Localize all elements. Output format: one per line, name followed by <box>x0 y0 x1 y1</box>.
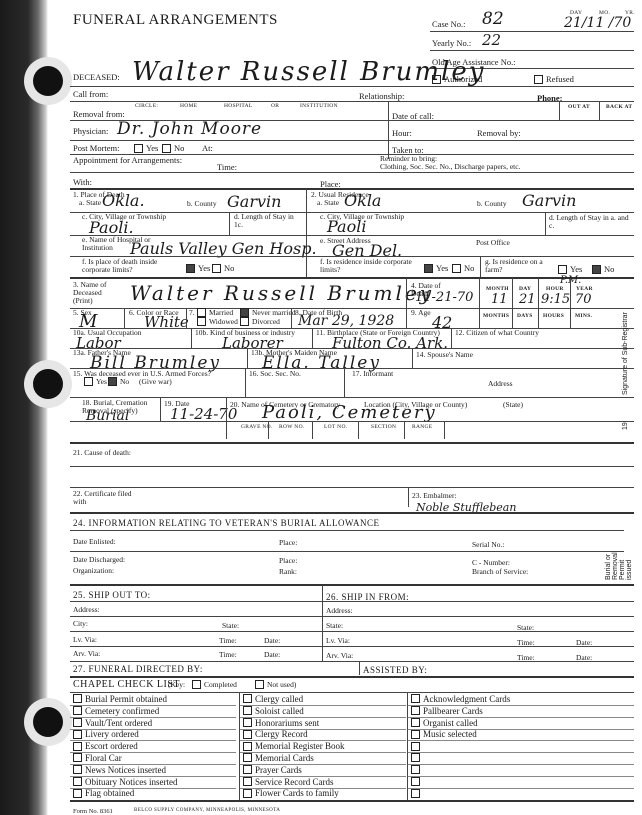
no-label: No <box>174 143 184 153</box>
checkbox-icon <box>411 718 420 727</box>
physician-line <box>70 140 634 141</box>
ship-out-lv-time-label: Time: <box>219 637 237 645</box>
cell-divider <box>480 256 481 277</box>
deceased-line <box>70 86 634 87</box>
cell-divider <box>191 328 192 348</box>
death-state-value[interactable]: Okla. <box>102 191 145 210</box>
case-no-label: Case No.: <box>432 19 466 29</box>
yes-label: Yes <box>436 263 448 273</box>
or-label: OR <box>271 103 279 109</box>
checkbox-checked-icon <box>240 308 249 317</box>
days-col-label: DAYS <box>517 313 533 319</box>
checklist-item[interactable]: Soloist called <box>243 706 304 716</box>
divorced-label: Divorced <box>252 317 280 326</box>
appointment-label: Appointment for Arrangements: <box>73 155 182 165</box>
checkbox-icon <box>411 706 420 715</box>
ship-out-arv-via-label: Arv. Via: <box>73 650 100 658</box>
checklist-item[interactable]: Pallbearer Cards <box>411 706 483 716</box>
checklist-item[interactable]: Honorariums sent <box>243 718 319 728</box>
punch-hole <box>33 369 63 399</box>
cell-divider <box>245 368 246 397</box>
checkbox-icon <box>73 789 82 798</box>
call-from-label: Call from: <box>73 89 108 99</box>
section-divider <box>70 584 634 586</box>
mins-col-label: MINS. <box>575 313 592 319</box>
checkbox-icon <box>243 694 252 703</box>
checkbox-icon <box>73 694 82 703</box>
hour-value[interactable]: 9:15 <box>541 292 570 307</box>
funeral-form: FUNERAL ARRANGEMENTS Case No.: 82 DAY MO… <box>62 0 634 815</box>
cell-divider <box>226 397 227 439</box>
year-prefix: 19 <box>622 422 629 430</box>
hour-label: Hour: <box>392 128 412 138</box>
yes-label: Yes <box>198 263 210 273</box>
cell-divider <box>291 308 292 328</box>
checkbox-icon <box>243 753 252 762</box>
checkbox-icon <box>134 144 143 153</box>
ship-out-lv-date-label: Date: <box>264 637 280 645</box>
year-value[interactable]: 70 <box>575 292 592 307</box>
checklist-item[interactable] <box>411 788 423 798</box>
post-mortem-label: Post Mortem: <box>73 143 120 153</box>
checklist-item[interactable]: Escort ordered <box>73 741 138 751</box>
citizen-label: 12. Citizen of what Country <box>455 329 539 337</box>
checkbox-icon <box>411 694 420 703</box>
checkbox-icon <box>243 765 252 774</box>
veteran-section-title: 24. INFORMATION RELATING TO VETERAN'S BU… <box>73 518 380 528</box>
checklist-item-label: Escort ordered <box>85 741 138 751</box>
informant-label: 17. Informant <box>352 370 393 378</box>
checklist-divider <box>407 692 408 801</box>
checklist-divider <box>239 692 240 801</box>
checkbox-icon <box>411 753 420 762</box>
checklist-item[interactable]: Vault/Tent ordered <box>73 718 152 728</box>
checkbox-icon <box>411 730 420 739</box>
row-line <box>70 661 634 662</box>
cell-divider <box>344 368 345 397</box>
no-label: No <box>604 264 614 274</box>
key-completed: Completed <box>192 681 237 690</box>
header-divider <box>388 101 389 159</box>
post-mortem-no[interactable]: No <box>162 143 184 154</box>
death-county-value[interactable]: Garvin <box>227 192 281 211</box>
post-mortem-yes[interactable]: Yes <box>134 143 158 154</box>
give-war-label: (Give war) <box>139 378 172 386</box>
removal-from-label: Removal from: <box>73 109 125 119</box>
cell-divider <box>247 348 248 368</box>
checklist-item-label: Memorial Register Book <box>255 741 345 751</box>
checklist-item-label: Prayer Cards <box>255 765 302 775</box>
row-line <box>70 348 634 349</box>
armed-yes[interactable]: Yes <box>84 378 107 387</box>
with-label: With: <box>73 177 92 187</box>
ship-in-address-label: Address: <box>326 607 353 615</box>
ship-in-arv-via-label: Arv. Via: <box>326 652 353 660</box>
out-at-divider <box>559 101 560 120</box>
removal-by-label: Removal by: <box>477 128 521 138</box>
row-line <box>408 776 634 777</box>
checkbox-icon <box>432 75 441 84</box>
residence-limits-no[interactable]: No <box>452 263 474 274</box>
sub-registrar-signature-label: Signature of Sub-Registrar <box>622 312 629 395</box>
relationship-label: Relationship: <box>359 91 404 101</box>
cell-divider <box>479 278 480 328</box>
cell-divider <box>312 328 313 348</box>
death-length-label: d. Length of Stay in 1c. <box>234 213 304 229</box>
spouse-label: 14. Spouse's Name <box>416 351 473 359</box>
row-line <box>408 752 634 753</box>
checklist-item[interactable]: Livery ordered <box>73 729 139 739</box>
death-residence-divider <box>306 189 307 277</box>
permit-issued-label: Burial or Removal Permit issued <box>605 540 633 580</box>
ampm-value[interactable]: P.M. <box>560 275 581 286</box>
checkbox-icon <box>243 718 252 727</box>
yearly-line <box>430 50 634 51</box>
cell-divider <box>538 278 539 328</box>
not-used-label: Not used) <box>267 680 296 689</box>
post-office-label: Post Office <box>476 239 510 247</box>
row-line <box>408 764 634 765</box>
checklist-item-label: Service Record Cards <box>255 777 333 787</box>
yearly-no-value[interactable]: 22 <box>482 31 501 49</box>
yearly-no-label: Yearly No.: <box>432 38 471 48</box>
married-label: Married <box>209 308 233 317</box>
divorced-option[interactable]: Divorced <box>240 318 280 327</box>
checkbox-checked-icon <box>424 264 433 273</box>
checklist-item-label: Vault/Tent ordered <box>85 718 152 728</box>
farm-label: g. Is residence on a farm? <box>485 258 550 274</box>
form-number: Form No. 8361 <box>73 808 113 815</box>
discharged-place-label: Place: <box>279 557 297 565</box>
checklist-item-label: Honorariums sent <box>255 718 319 728</box>
refused-label: Refused <box>546 74 574 84</box>
section-divider <box>70 512 634 514</box>
row-line <box>70 692 634 693</box>
cell-divider <box>186 308 187 328</box>
checkbox-checked-icon <box>108 377 117 386</box>
checklist-item-label: Floral Car <box>85 753 122 763</box>
death-state-label: a. State <box>79 199 101 207</box>
widowed-label: Widowed <box>209 317 238 326</box>
case-line <box>430 31 634 32</box>
residence-county-label: b. County <box>477 200 507 208</box>
checkbox-icon <box>411 777 420 786</box>
location-label: Location (City, Village or County) <box>364 401 467 409</box>
cell-divider <box>229 212 230 235</box>
checklist-item[interactable]: Clergy called <box>243 694 303 704</box>
rank-label: Rank: <box>279 568 297 576</box>
checkbox-checked-icon <box>592 265 601 274</box>
checkbox-icon <box>73 730 82 739</box>
checklist-item[interactable]: Organist called <box>411 718 478 728</box>
checklist-item-label: Clergy Record <box>255 729 308 739</box>
enlisted-place-label: Place: <box>279 539 297 547</box>
refused-checkbox[interactable]: Refused <box>534 74 574 85</box>
death-county-label: b. County <box>187 200 217 208</box>
physician-value[interactable]: Dr. John Moore <box>117 119 262 139</box>
checkbox-icon <box>73 706 82 715</box>
row-line <box>70 601 634 602</box>
binding-strip <box>0 0 48 815</box>
row-line <box>70 530 624 531</box>
checkbox-icon <box>73 718 82 727</box>
day-value[interactable]: 21 <box>519 292 536 307</box>
checkmark-box-icon <box>192 680 201 689</box>
yes-label: Yes <box>146 143 158 153</box>
widowed-option[interactable]: Widowed <box>197 318 238 327</box>
yes-label: Yes <box>96 377 107 386</box>
checkbox-icon <box>411 742 420 751</box>
checklist-item-label: Burial Permit obtained <box>85 694 167 704</box>
section-divider <box>70 800 634 802</box>
checklist-item[interactable]: Burial Permit obtained <box>73 694 167 704</box>
row-line <box>70 466 634 467</box>
checkbox-icon <box>243 730 252 739</box>
checklist-item[interactable]: Music selected <box>411 729 477 739</box>
armed-no[interactable]: No <box>108 378 129 387</box>
cell-divider <box>404 421 405 439</box>
row-line <box>408 740 634 741</box>
form-title: FUNERAL ARRANGEMENTS <box>73 12 278 29</box>
row-line <box>70 487 634 488</box>
authorized-checkbox[interactable]: Authorized <box>432 74 482 85</box>
home-option[interactable]: HOME <box>180 103 197 109</box>
ship-out-lv-via-label: Lv. Via: <box>73 636 97 644</box>
checklist-item[interactable]: Floral Car <box>73 753 122 763</box>
institution-option[interactable]: INSTITUTION <box>300 103 338 109</box>
row-line <box>70 646 634 647</box>
checkbox-icon <box>162 144 171 153</box>
death-limits-no[interactable]: No <box>212 263 234 274</box>
checklist-item[interactable]: Obituary Notices inserted <box>73 777 177 787</box>
cell-divider <box>268 421 269 439</box>
ship-out-arv-time-label: Time: <box>219 651 237 659</box>
checklist-item-label: Acknowledgment Cards <box>423 694 510 704</box>
ship-out-title: 25. SHIP OUT TO: <box>73 590 151 600</box>
ship-out-arv-date-label: Date: <box>264 651 280 659</box>
marital-label: 7. <box>189 309 195 317</box>
months-col-label: MONTHS <box>483 313 509 319</box>
name-print-value[interactable]: Walter Russell Brumley <box>130 281 434 305</box>
dot-box-icon <box>255 680 264 689</box>
ship-divider <box>322 585 323 661</box>
checkbox-icon <box>73 777 82 786</box>
branch-label: Branch of Service: <box>472 568 532 576</box>
checklist-item[interactable]: Cemetery confirmed <box>73 706 159 716</box>
ship-out-city-label: City: <box>73 620 88 628</box>
checklist-key-label: (Key: <box>168 681 185 689</box>
checklist-item[interactable]: Memorial Cards <box>243 753 314 763</box>
completed-label: Completed <box>204 680 237 689</box>
checkbox-icon <box>73 753 82 762</box>
checklist-item-label: Livery ordered <box>85 729 139 739</box>
dod-value[interactable]: 11-21-70 <box>415 290 473 305</box>
punch-hole <box>33 707 63 737</box>
death-limits-yes[interactable]: Yes <box>186 263 210 274</box>
ship-in-city-label: State: <box>326 622 343 630</box>
row-line <box>70 421 160 422</box>
checklist-item-label: Flower Cards to family <box>255 788 339 798</box>
ship-out-state-label: State: <box>222 622 239 630</box>
embalmer-label: 23. Embalmer: <box>412 492 457 500</box>
yes-label: Yes <box>570 264 582 274</box>
checklist-item[interactable]: Acknowledgment Cards <box>411 694 510 704</box>
deceased-label: DECEASED: <box>73 72 120 82</box>
never-married-label: Never married <box>252 308 296 317</box>
row-no-label: ROW NO. <box>279 424 305 430</box>
checklist-item-label: Music selected <box>423 729 477 739</box>
farm-no[interactable]: No <box>592 264 614 275</box>
state-label: (State) <box>503 401 523 409</box>
cause-label: 21. Cause of death: <box>73 449 131 457</box>
supply-company: BELCO SUPPLY COMPANY, MINNEAPOLIS, MINNE… <box>134 808 280 813</box>
checklist-item-label: News Notices inserted <box>85 765 166 775</box>
time-label: Time: <box>217 162 237 172</box>
checkbox-icon <box>558 265 567 274</box>
checklist-item[interactable] <box>411 753 423 763</box>
checklist-item-label: Soloist called <box>255 706 304 716</box>
checklist-item[interactable]: Memorial Register Book <box>243 741 345 751</box>
row-line <box>408 788 634 789</box>
residence-length-label: d. Length of Stay in a. and c. <box>549 214 634 230</box>
cell-divider <box>545 212 546 235</box>
checkbox-icon <box>197 317 206 326</box>
form-date-value[interactable]: 21/11 /70 <box>564 15 631 31</box>
date-enlisted-label: Date Enlisted: <box>73 538 116 546</box>
dob-value[interactable]: Mar 29, 1928 <box>298 313 394 329</box>
punch-hole <box>33 66 63 96</box>
at-label: At: <box>202 143 213 153</box>
residence-limits-yes[interactable]: Yes <box>424 263 448 274</box>
row-line <box>70 397 634 398</box>
checklist-item[interactable] <box>411 777 423 787</box>
row-line <box>160 421 634 422</box>
checkbox-icon <box>197 308 206 317</box>
row-line <box>70 616 634 617</box>
checklist-title: CHAPEL CHECK LIST <box>73 679 180 690</box>
checklist-item-label: Clergy called <box>255 694 303 704</box>
section-divider <box>70 277 634 279</box>
section-divider <box>70 676 634 678</box>
authorized-label: Authorized <box>444 74 482 84</box>
hospital-option[interactable]: HOSPITAL <box>224 103 253 109</box>
cell-divider <box>512 278 513 328</box>
key-not-used: Not used) <box>255 681 296 690</box>
checkbox-icon <box>411 765 420 774</box>
cell-divider <box>408 487 409 507</box>
ssn-label: 16. Soc. Sec. No. <box>249 370 301 378</box>
cell-divider <box>312 421 313 439</box>
lot-no-label: LOT NO. <box>324 424 347 430</box>
cell-divider <box>444 421 445 439</box>
cell-divider <box>359 661 360 675</box>
month-value[interactable]: 11 <box>491 292 508 307</box>
checklist-item[interactable] <box>411 765 423 775</box>
c-number-label: C - Number: <box>472 559 510 567</box>
no-label: No <box>224 263 234 273</box>
checkbox-icon <box>212 264 221 273</box>
appointment-line <box>70 172 634 173</box>
checklist-item-label: Flag obtained <box>85 788 134 798</box>
checkbox-checked-icon <box>186 264 195 273</box>
checklist-item[interactable]: Flower Cards to family <box>243 788 339 798</box>
checklist-item[interactable] <box>411 741 423 751</box>
hours-col-label: HOURS <box>543 313 564 319</box>
directed-by-label: 27. FUNERAL DIRECTED BY: <box>73 664 203 674</box>
checklist-item-label: Obituary Notices inserted <box>85 777 177 787</box>
checkbox-icon <box>243 789 252 798</box>
checkbox-icon <box>411 789 420 798</box>
residence-city-value[interactable]: Paoli <box>327 217 366 236</box>
section-divider <box>70 442 634 444</box>
residence-state-label: a. State <box>317 199 339 207</box>
checklist-item-label: Organist called <box>423 718 478 728</box>
cell-divider <box>412 348 413 368</box>
residence-state-value[interactable]: Okla <box>344 191 381 210</box>
checkbox-icon <box>73 765 82 774</box>
date-discharged-label: Date Discharged: <box>73 556 125 564</box>
physician-label: Physician: <box>73 126 108 136</box>
row-line <box>70 551 624 552</box>
residence-county-value[interactable]: Garvin <box>522 191 576 210</box>
checkbox-icon <box>243 706 252 715</box>
row-line <box>70 631 634 632</box>
checkbox-icon <box>243 742 252 751</box>
age-label: 9. Age <box>411 309 431 317</box>
checklist-item-label: Pallbearer Cards <box>423 706 483 716</box>
informant-address-label: Address <box>488 380 513 388</box>
circle-label: CIRCLE: <box>135 103 158 109</box>
checklist-item[interactable]: Prayer Cards <box>243 765 302 775</box>
no-label: No <box>464 263 474 273</box>
back-at-label: BACK AT <box>606 104 632 110</box>
call-line <box>70 101 634 102</box>
checklist-item[interactable]: News Notices inserted <box>73 765 166 775</box>
reminder-items: Clothing, Soc. Sec. No., Discharge paper… <box>380 163 520 171</box>
ship-out-address-label: Address: <box>73 606 100 614</box>
checklist-item-label: Cemetery confirmed <box>85 706 159 716</box>
checkbox-icon <box>243 777 252 786</box>
certificate-label: 22. Certificate filed with <box>73 490 143 506</box>
checklist-item[interactable]: Flag obtained <box>73 788 134 798</box>
cell-divider <box>358 421 359 439</box>
serial-no-label: Serial No.: <box>472 541 505 549</box>
range-label: RANGE <box>412 424 432 430</box>
case-no-value[interactable]: 82 <box>482 9 504 29</box>
checklist-item[interactable]: Service Record Cards <box>243 777 333 787</box>
checkbox-icon <box>452 264 461 273</box>
checkbox-icon <box>240 317 249 326</box>
cell-divider <box>124 308 125 328</box>
cell-divider <box>406 278 407 328</box>
checklist-item[interactable]: Clergy Record <box>243 729 308 739</box>
out-at-label: OUT AT <box>568 104 590 110</box>
farm-yes[interactable]: Yes <box>558 264 582 275</box>
name-print-label: 3. Name of Deceased (Print) <box>73 281 118 305</box>
cell-divider <box>160 397 161 421</box>
organization-label: Organization: <box>73 567 114 575</box>
death-limits-label: f. Is place of death inside corporate li… <box>82 258 182 274</box>
ship-in-lv-via-label: Lv. Via: <box>326 637 350 645</box>
back-at-divider <box>599 101 600 120</box>
checkbox-icon <box>84 377 93 386</box>
checklist-item-label: Memorial Cards <box>255 753 314 763</box>
residence-limits-label: f. Is residence inside corporate limits? <box>320 258 420 274</box>
cell-divider <box>451 328 452 348</box>
no-label: No <box>120 377 129 386</box>
section-label: SECTION <box>371 424 396 430</box>
assisted-by-label: ASSISTED BY: <box>363 665 427 675</box>
